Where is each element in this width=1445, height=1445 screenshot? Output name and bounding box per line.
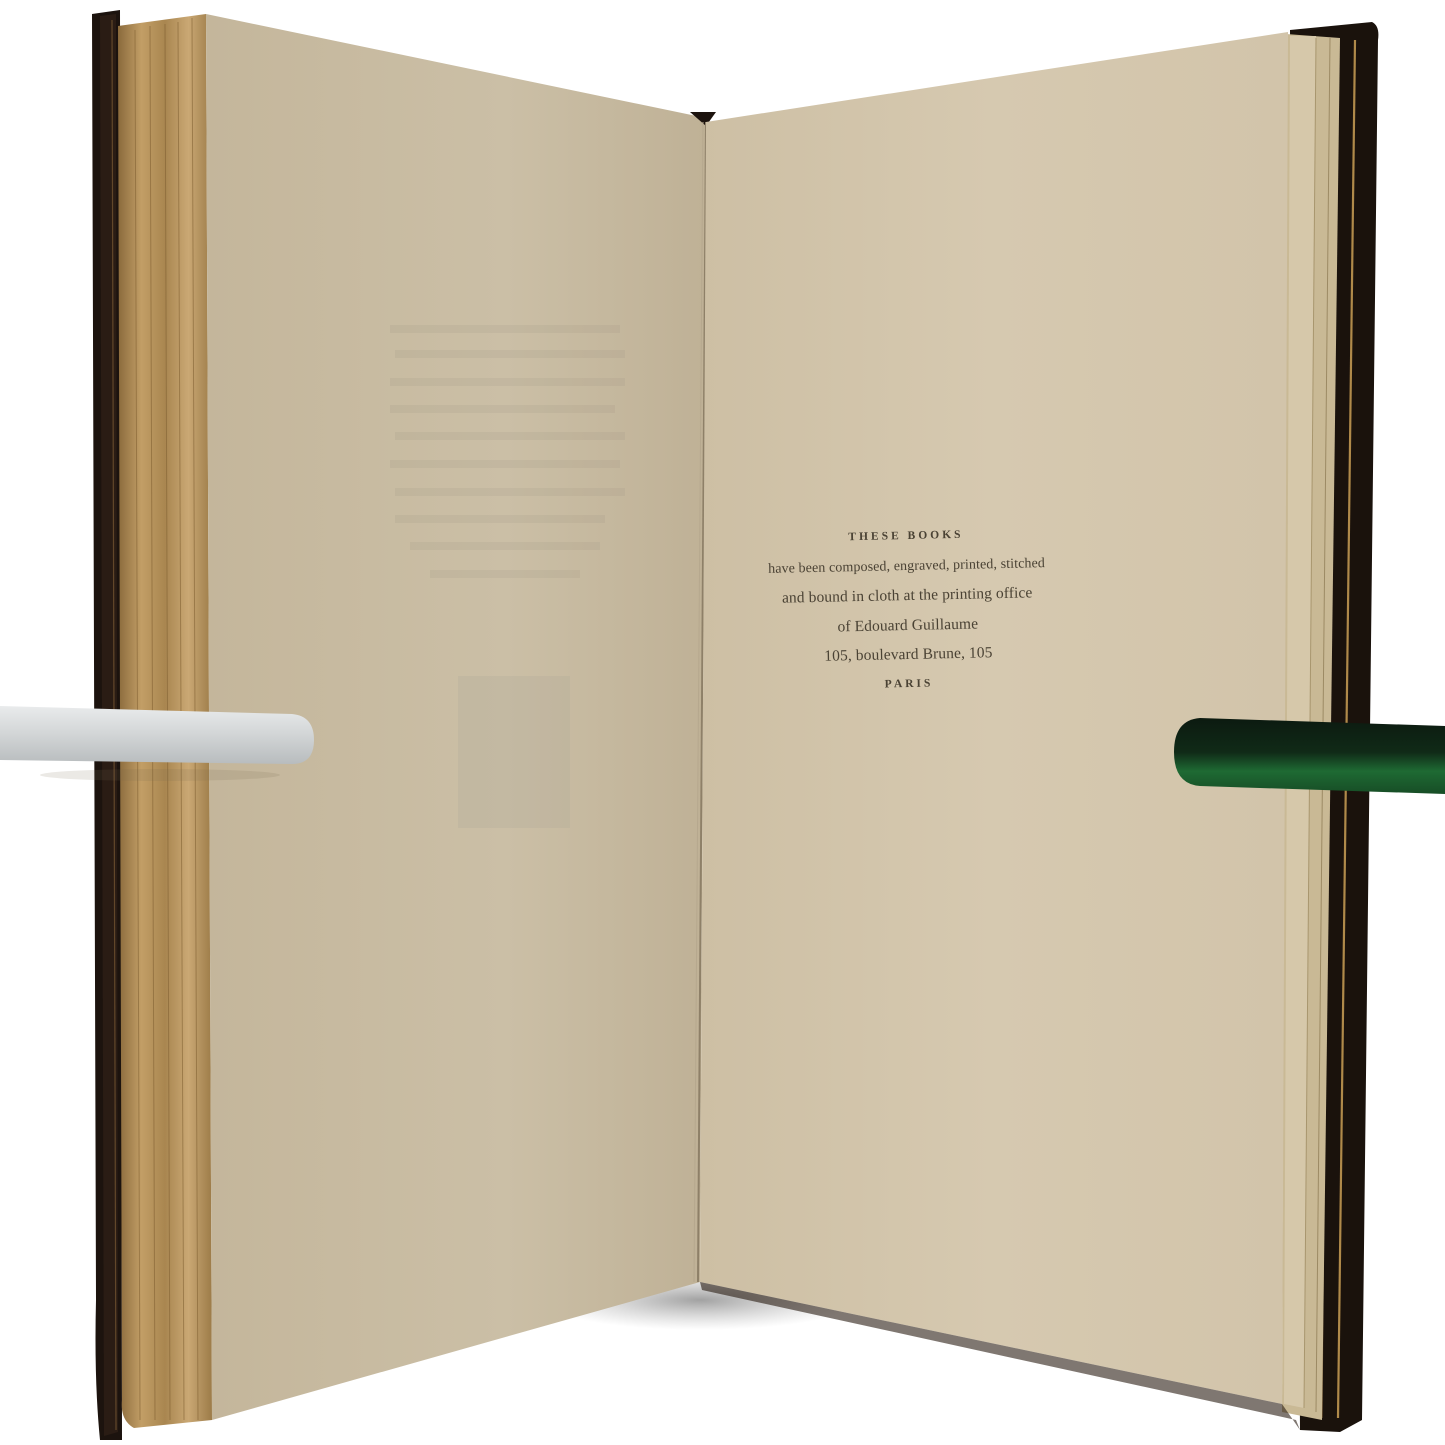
right-page bbox=[700, 32, 1288, 1404]
green-rod bbox=[1174, 718, 1445, 794]
book-photo: THESE BOOKS have been composed, engraved… bbox=[0, 0, 1445, 1445]
open-book bbox=[0, 0, 1445, 1445]
white-rod bbox=[0, 706, 314, 764]
imprint-text-block: THESE BOOKS have been composed, engraved… bbox=[733, 518, 1082, 702]
